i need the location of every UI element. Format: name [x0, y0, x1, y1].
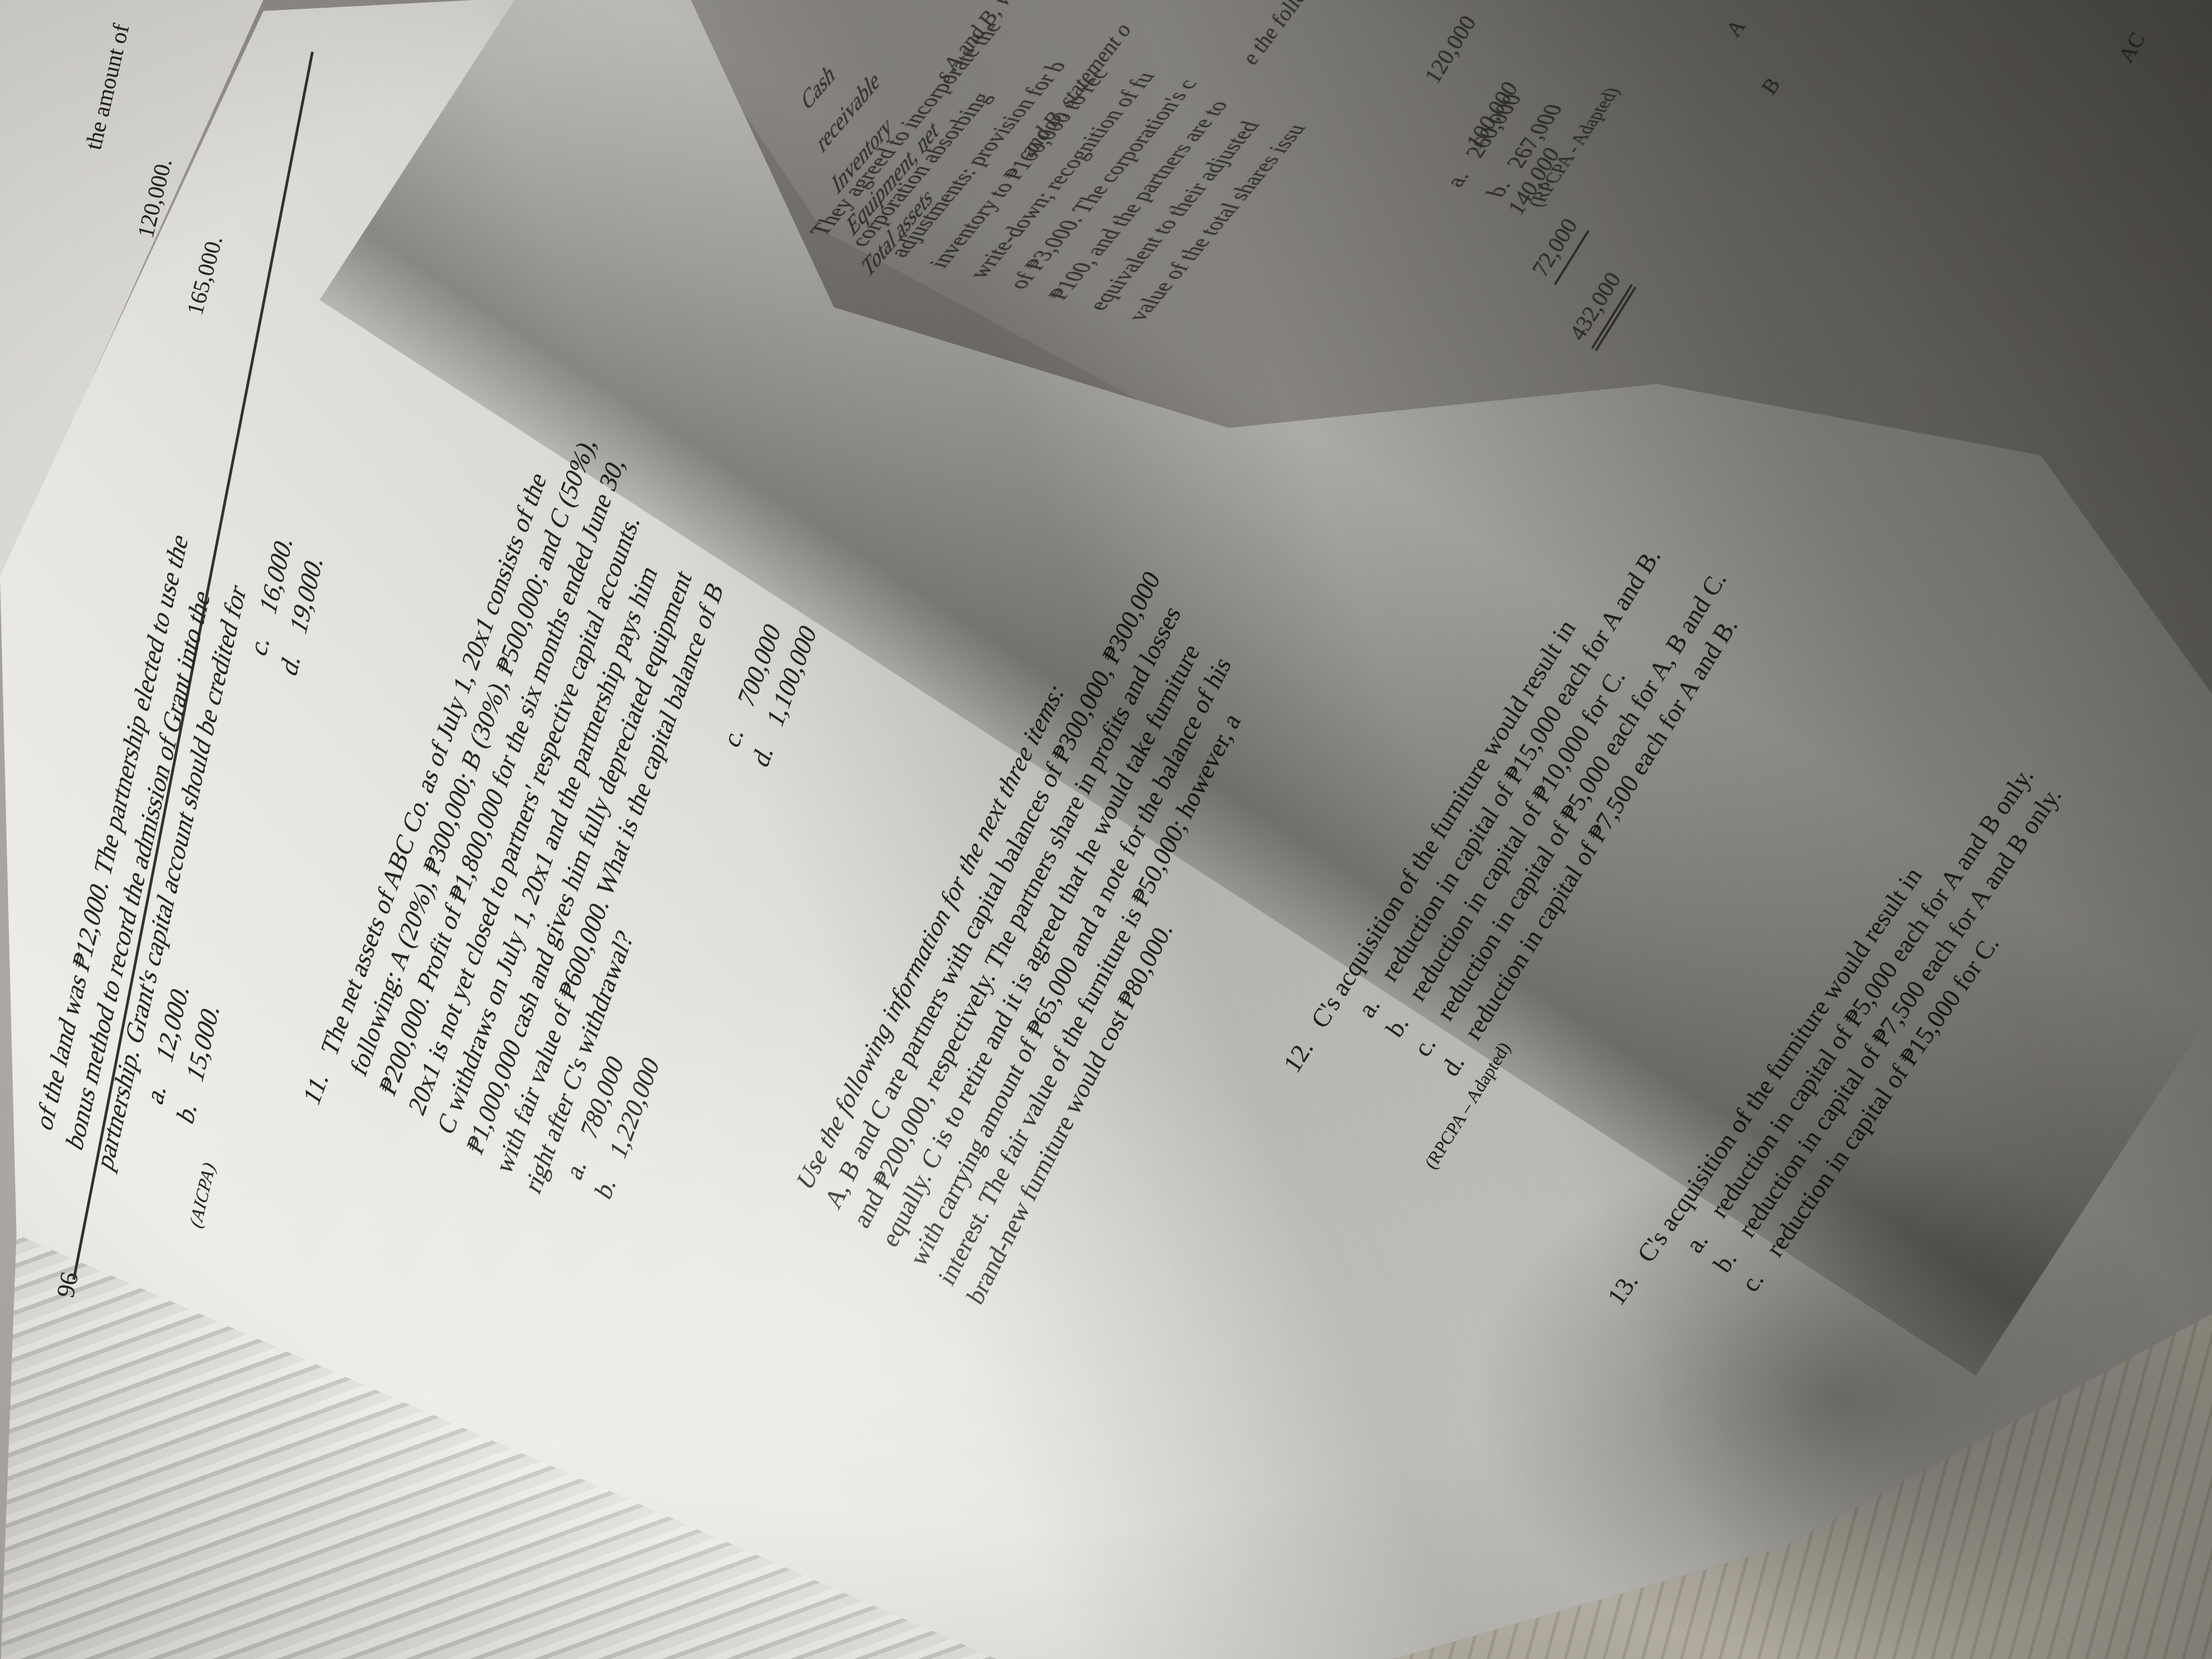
book-photo: s A and B, who share e and B, statement …	[0, 0, 2212, 1659]
